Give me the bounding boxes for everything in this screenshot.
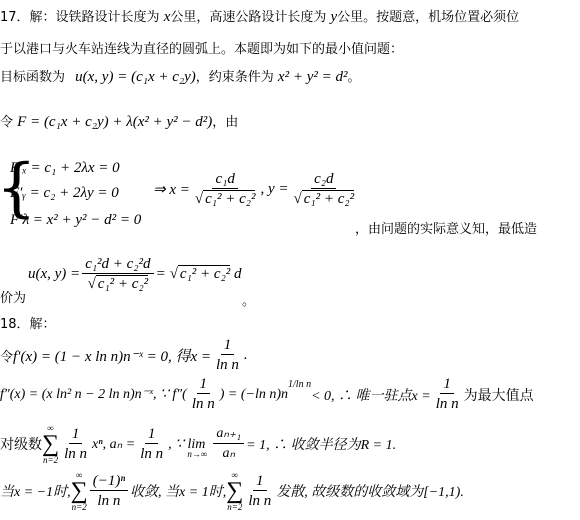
x-fraction: c₁d √c₁² + c₂²	[192, 170, 259, 209]
numerator: 1	[145, 425, 159, 444]
numerator: 1	[197, 375, 211, 394]
text: 公里，高速公路设计长度为	[170, 10, 330, 25]
denominator: ln n	[245, 491, 274, 511]
numerator: c₁²d + c₂²d	[82, 255, 153, 274]
denominator: c₁² + c₂²	[96, 275, 148, 292]
p17-line7-prefix: 价为	[0, 287, 26, 306]
denominator: ln n	[433, 394, 462, 414]
text: 令	[0, 115, 13, 130]
lagrangian-formula: F = (c₁x + c₂y) + λ(x² + y² − d²)	[17, 114, 212, 130]
summation: ∞∑n=2	[42, 423, 59, 465]
numerator: 1	[253, 472, 267, 491]
implies: ⇒ x =	[153, 180, 190, 199]
denominator: ln n	[61, 444, 90, 464]
formula: = 1, ∴ 收敛半径为R = 1.	[246, 434, 396, 454]
formula: ) = (−ln n)n	[220, 387, 288, 403]
p18-line1: 令 f′(x) = (1 − x ln n)n⁻ˣ = 0, 得x = 1ln …	[0, 336, 248, 375]
text: 为最大值点	[464, 385, 534, 405]
fraction: aₙ₊₁aₙ	[213, 425, 244, 464]
u-fraction: c₁²d + c₂²d √c₁² + c₂²	[82, 255, 153, 294]
sum-bottom: n=2	[72, 502, 87, 512]
p17-line3: 目标函数为 u(x, y) = (c₁x + c₂y)，约束条件为 x² + y…	[0, 66, 361, 86]
fraction: 1ln n	[213, 336, 242, 375]
numerator: aₙ₊₁	[213, 425, 244, 444]
result-sqrt: c₁² + c₂²	[178, 265, 230, 282]
constraint-formula: x² + y² = d²	[278, 69, 348, 85]
denominator: c₁² + c₂²	[203, 190, 255, 207]
numerator: 1	[221, 336, 235, 355]
u-label: u(x, y) =	[28, 266, 80, 283]
text: ，由	[212, 115, 238, 130]
p17-line2: 于以港口与火车站连线为直径的圆弧上。本题即为如下的最小值问题：	[0, 38, 403, 57]
denominator: aₙ	[219, 444, 238, 464]
sum-bottom: n=2	[43, 455, 58, 465]
fraction: 1ln n	[245, 472, 274, 511]
numerator: c₁d	[212, 170, 237, 189]
numerator: 1	[440, 375, 454, 394]
formula: f′(x) = (1 − x ln n)n⁻ˣ = 0, 得x =	[13, 345, 211, 366]
p17-line4: 令 F = (c₁x + c₂y) + λ(x² + y² − d²)，由	[0, 111, 238, 131]
system-eq-2: F′ᵧ = c₂ + 2λy = 0	[10, 185, 119, 202]
summation: ∞∑n=2	[71, 470, 88, 512]
denominator: ln n	[94, 491, 123, 511]
denominator: ln n	[137, 444, 166, 464]
formula: xⁿ, aₙ =	[92, 436, 135, 453]
text: 令	[0, 346, 13, 365]
formula: 收敛, 当x = 1时,	[130, 481, 226, 501]
min-cost-formula: u(x, y) = c₁²d + c₂²d √c₁² + c₂² = √c₁² …	[28, 255, 242, 294]
text: 17．解：设铁路设计长度为	[0, 10, 164, 25]
text: .	[244, 347, 248, 364]
formula: f″(x) = (x ln² n − 2 ln n)n⁻ˣ, ∵ f″(	[0, 386, 187, 403]
fraction: 1ln n	[137, 425, 166, 464]
formula: 发散, 故级数的收敛域为[−1,1).	[276, 481, 464, 501]
p17-line7-end: 。	[242, 290, 255, 309]
text: ，约束条件为	[196, 70, 274, 85]
result-d: d	[234, 266, 242, 282]
fraction: 1ln n	[61, 425, 90, 464]
text: 对级数	[0, 434, 42, 454]
p18-heading: 18．解：	[0, 313, 56, 332]
fraction: (−1)ⁿln n	[90, 472, 128, 511]
p17-line6-end: ，由问题的实际意义知，最低造	[355, 218, 537, 237]
p17-line1: 17．解：设铁路设计长度为 x公里，高速公路设计长度为 y公里。按题意，机场位置…	[0, 6, 519, 26]
fraction: 1ln n	[189, 375, 218, 414]
summation: ∞∑n=2	[226, 470, 243, 512]
equals: =	[156, 266, 166, 283]
solution-xy: ⇒ x = c₁d √c₁² + c₂² , y = c₂d √c₁² + c₂…	[153, 170, 359, 209]
text: 公里。按题意，机场位置必须位	[337, 10, 519, 25]
denominator: ln n	[213, 355, 242, 375]
fraction: 1ln n	[433, 375, 462, 414]
y-fraction: c₂d √c₁² + c₂²	[291, 170, 358, 209]
denominator: c₁² + c₂²	[302, 190, 354, 207]
denominator: ln n	[189, 394, 218, 414]
objective-formula: u(x, y) = (c₁x + c₂y)	[75, 69, 196, 85]
lim-sub: n→∞	[187, 449, 207, 459]
p18-line2: f″(x) = (x ln² n − 2 ln n)n⁻ˣ, ∵ f″( 1ln…	[0, 375, 534, 414]
system-eq-1: F′ₓ = c₁ + 2λx = 0	[10, 160, 120, 177]
p18-line3: 对级数 ∞∑n=2 1ln n xⁿ, aₙ = 1ln n , ∵ lim n…	[0, 423, 396, 465]
text: 。	[347, 70, 360, 85]
text: 目标函数为	[0, 70, 65, 85]
sum-bottom: n=2	[227, 502, 242, 512]
system-eq-3: F′λ = x² + y² − d² = 0	[10, 212, 141, 229]
y-label: , y =	[260, 181, 288, 198]
p18-line4: 当x = −1时, ∞∑n=2 (−1)ⁿln n 收敛, 当x = 1时, ∞…	[0, 470, 464, 512]
numerator: (−1)ⁿ	[90, 472, 128, 491]
numerator: 1	[69, 425, 83, 444]
numerator: c₂d	[311, 170, 336, 189]
formula: 当x = −1时,	[0, 481, 71, 501]
exponent: 1/ln n	[288, 379, 311, 390]
formula: < 0, ∴ 唯一驻点x =	[311, 385, 431, 405]
